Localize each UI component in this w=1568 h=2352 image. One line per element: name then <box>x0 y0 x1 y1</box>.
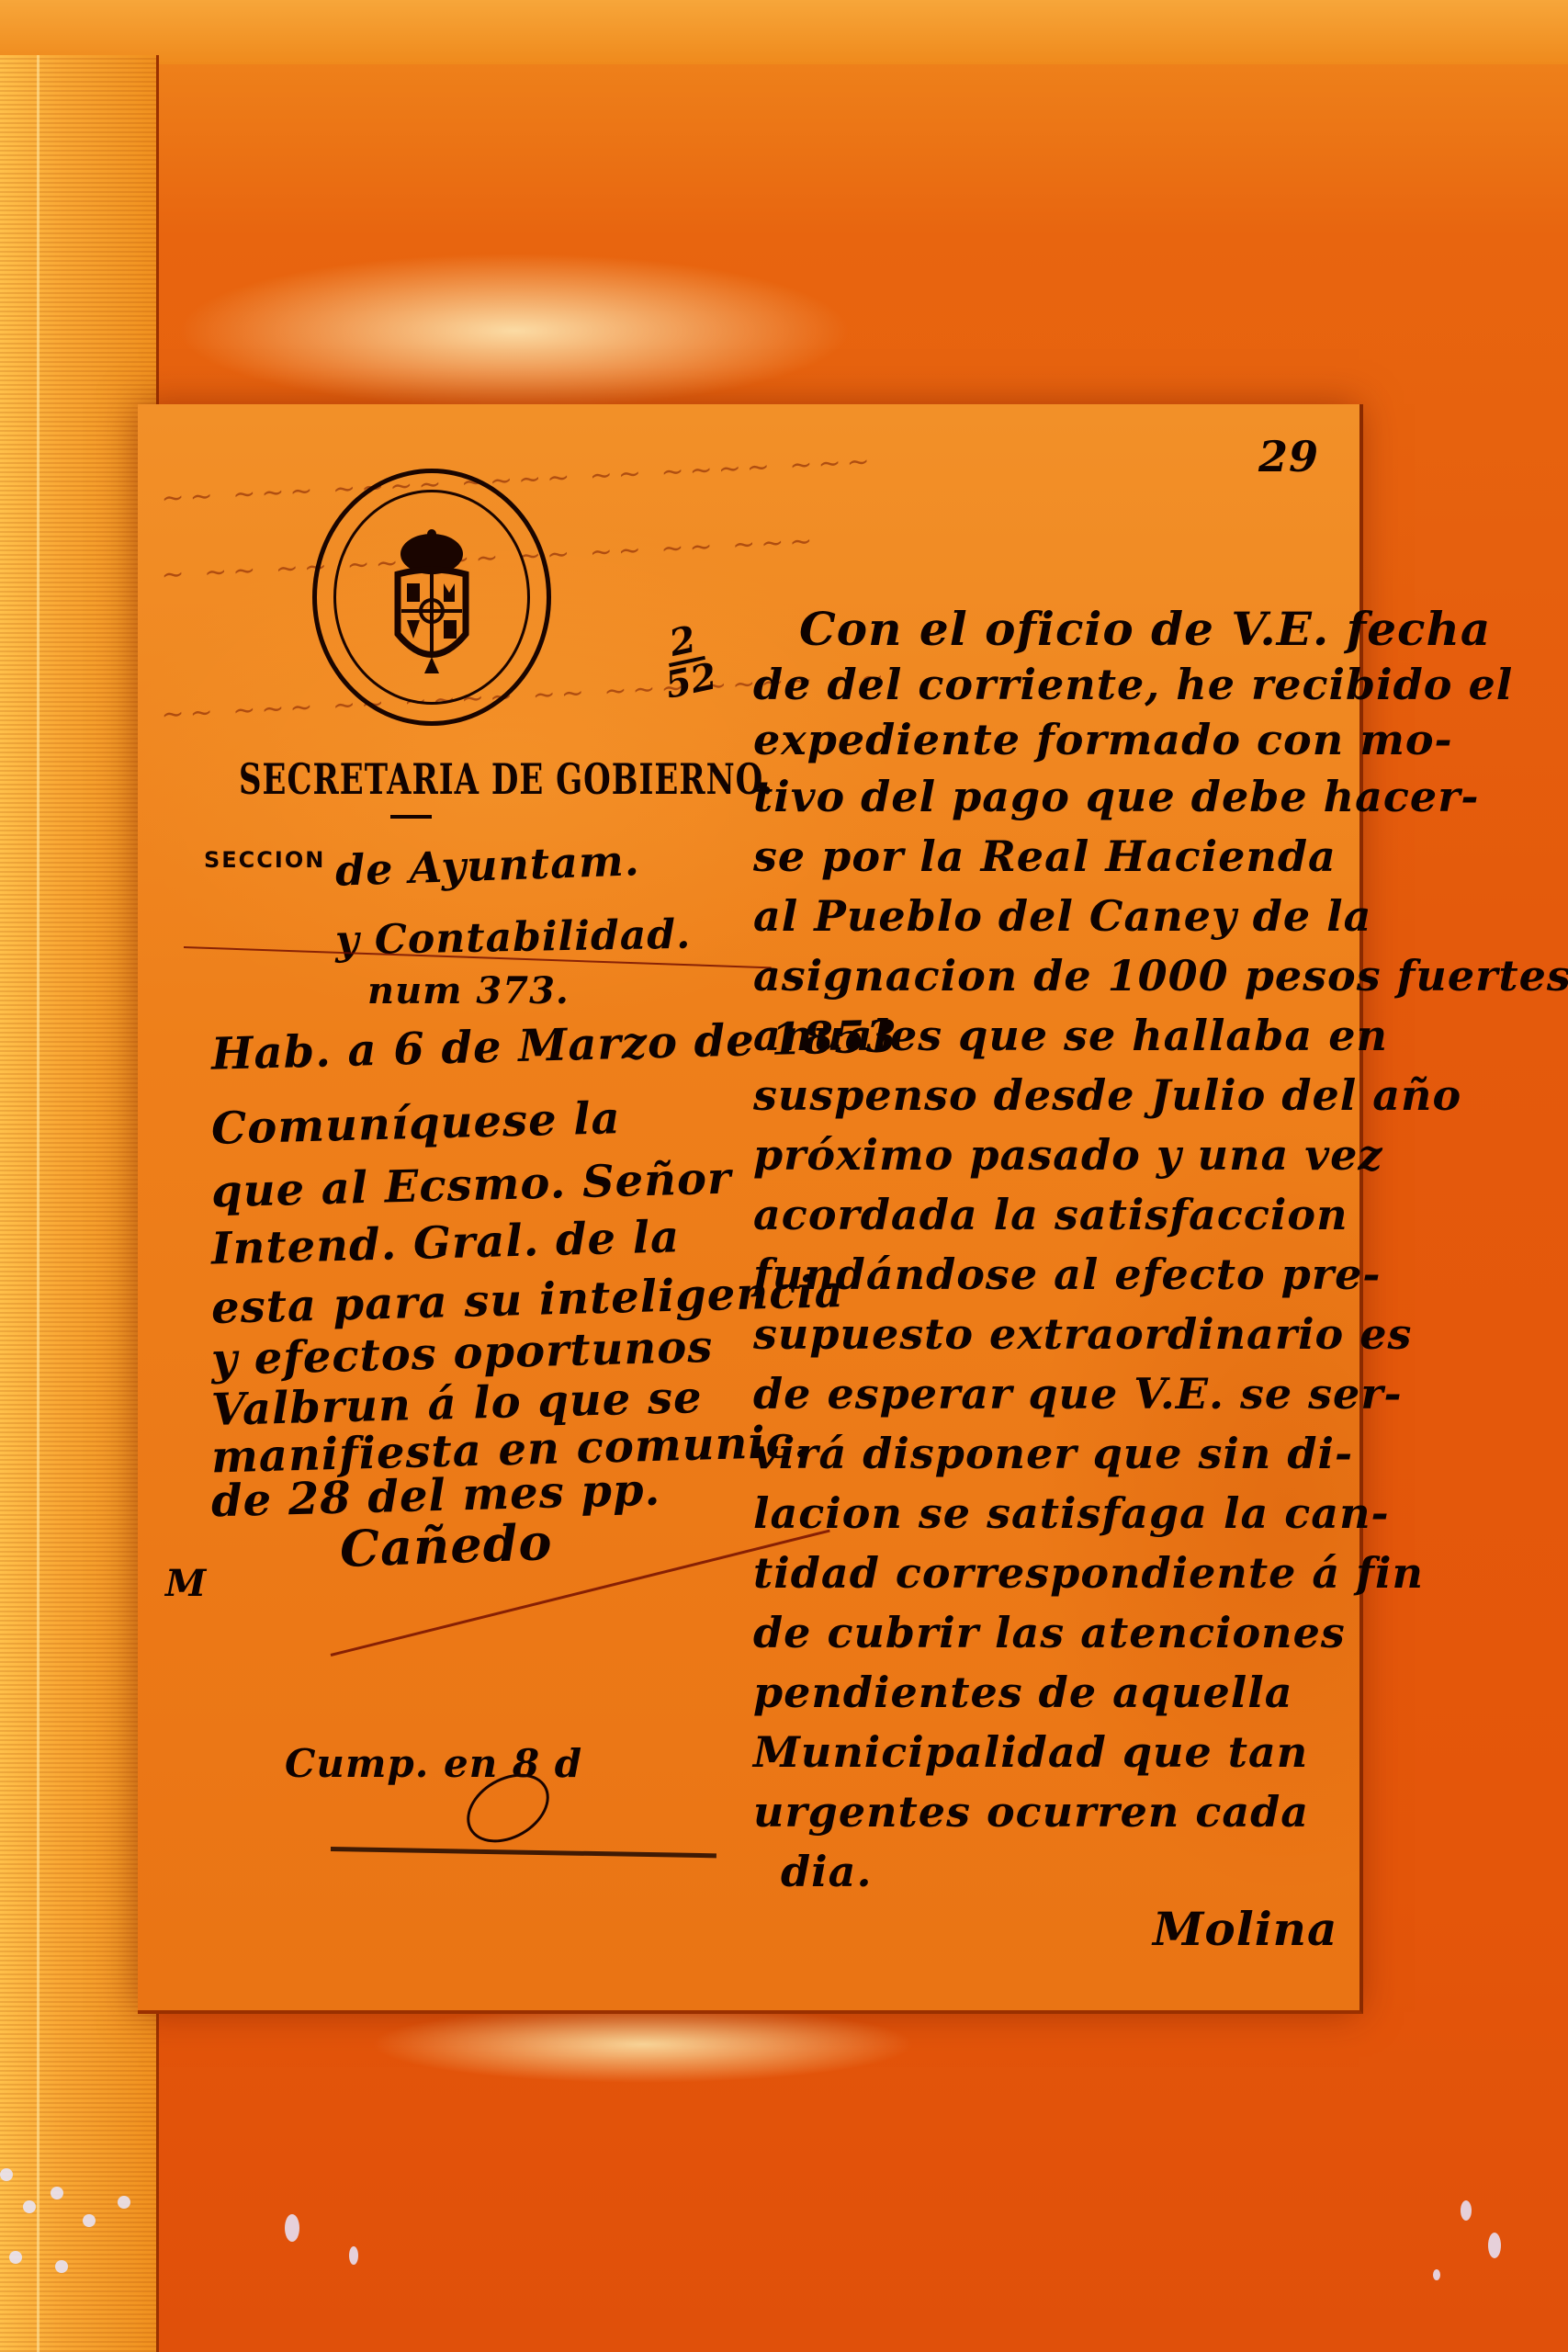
body-line: próximo pasado y una vez <box>753 1130 1382 1180</box>
tape-fold-line <box>37 55 39 2352</box>
margin-mark: M <box>165 1562 207 1605</box>
water-damage-spot <box>118 2196 130 2209</box>
body-line: al Pueblo del Caney de la <box>753 891 1371 941</box>
water-damage-spot <box>1461 2200 1472 2221</box>
left-signature: Cañedo <box>339 1512 553 1578</box>
right-signature: Molina <box>1153 1902 1337 1956</box>
body-line: Municipalidad que tan <box>753 1727 1308 1777</box>
left-column-line: Comuníquese la <box>210 1092 621 1155</box>
water-damage-spot <box>83 2214 96 2227</box>
body-line: tidad correspondiente á fin <box>753 1548 1424 1598</box>
body-line: dia. <box>781 1847 872 1896</box>
body-line: pendientes de aquella <box>753 1668 1293 1717</box>
water-damage-spot <box>9 2251 22 2264</box>
body-line: fundándose al efecto pre- <box>753 1249 1381 1299</box>
body-line: expediente formado con mo- <box>753 715 1453 764</box>
section-number: num 373. <box>367 969 570 1012</box>
water-damage-spot <box>349 2246 358 2265</box>
water-damage-spot <box>285 2214 299 2242</box>
binding-cloth-tape <box>0 55 159 2352</box>
body-line: virá disponer que sin di- <box>753 1429 1353 1478</box>
body-line: lacion se satisfaga la can- <box>753 1488 1390 1538</box>
water-damage-spot <box>1433 2269 1440 2280</box>
section-label: SECCION <box>204 847 325 873</box>
water-damage-spot <box>1488 2233 1501 2258</box>
coat-of-arms-icon <box>390 528 473 675</box>
body-line: supuesto extraordinario es <box>753 1309 1412 1359</box>
body-line: Con el oficio de V.E. fecha <box>799 602 1491 656</box>
section-value-line-1: de Ayuntam. <box>334 835 640 896</box>
water-damage-spot <box>51 2187 63 2199</box>
body-line: acordada la satisfaccion <box>753 1190 1348 1239</box>
body-line: de del corriente, he recibido el <box>753 660 1513 709</box>
letterhead-title: SECRETARIA DE GOBIERNO. <box>239 755 773 805</box>
archive-folder-top <box>0 0 1568 64</box>
body-line: de cubrir las atenciones <box>753 1608 1346 1657</box>
section-value-line-2: y Contabilidad. <box>335 911 692 965</box>
body-line: urgentes ocurren cada <box>753 1787 1309 1837</box>
government-seal: INTENDENCIA Y SUPERINTENDENCIA DELEGADA … <box>312 469 551 726</box>
body-line: tivo del pago que debe hacer- <box>753 772 1480 821</box>
body-line: de esperar que V.E. se ser- <box>753 1369 1403 1419</box>
body-line: se por la Real Hacienda <box>753 831 1337 881</box>
page-number: 29 <box>1258 432 1319 481</box>
water-damage-spot <box>55 2260 68 2273</box>
water-damage-spot <box>0 2168 13 2181</box>
letterhead-rule <box>390 815 432 819</box>
body-line: asignacion de 1000 pesos fuertes <box>753 951 1568 1001</box>
body-line: suspenso desde Julio del año <box>753 1070 1461 1120</box>
water-damage-spot <box>23 2200 36 2213</box>
body-line: anuales que se hallaba en <box>753 1011 1388 1060</box>
